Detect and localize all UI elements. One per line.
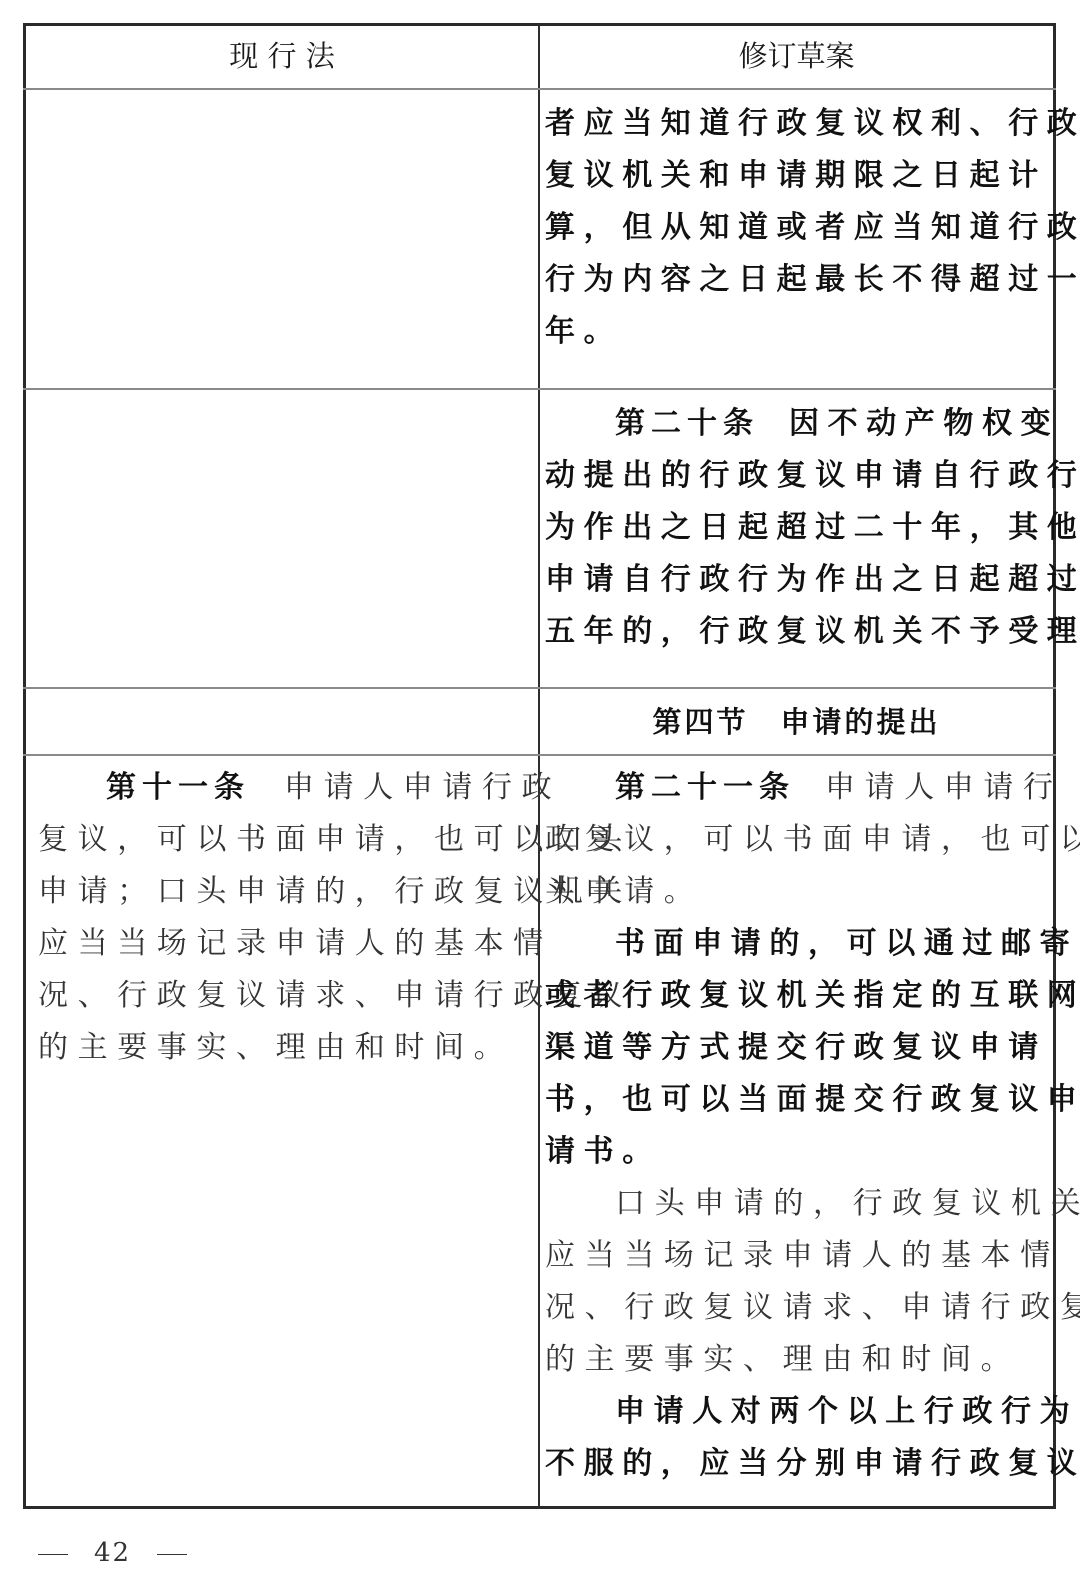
text-line: 头申请。	[545, 872, 703, 912]
dash-right	[157, 1554, 187, 1555]
text-line: 或者行政复议机关指定的互联网	[545, 976, 1080, 1016]
draft-row2-cell: 第二十条因不动产物权变 动提出的行政复议申请自行政行 为作出之日起超过二十年，其…	[545, 390, 1050, 687]
current-law-row4-cell: 第十一条申请人申请行政 复议，可以书面申请，也可以口头 申请；口头申请的，行政复…	[38, 756, 538, 1506]
draft-row1-cell: 者应当知道行政复议权利、行政 复议机关和申请期限之日起计 算，但从知道或者应当知…	[545, 90, 1050, 388]
text-line: 申请自行政行为作出之日起超过	[545, 560, 1080, 600]
text-line: 五年的，行政复议机关不予受理。	[545, 612, 1080, 652]
text-line: 况、行政复议请求、申请行政复议	[545, 1288, 1080, 1328]
text-line: 不服的，应当分别申请行政复议。	[545, 1444, 1080, 1484]
text-line: 行为内容之日起最长不得超过一	[545, 260, 1080, 300]
text-line: 为作出之日起超过二十年，其他	[545, 508, 1080, 548]
text-line: 年。	[545, 312, 622, 352]
article-line: 第二十条因不动产物权变	[615, 404, 1059, 444]
page-number-footer: 42	[38, 1538, 187, 1568]
page-number: 42	[94, 1538, 131, 1568]
text-line: 政复议，可以书面申请，也可以口	[545, 820, 1080, 860]
text-line: 书面申请的，可以通过邮寄	[615, 924, 1078, 964]
article-number: 第十一条	[106, 770, 250, 805]
text-line: 况、行政复议请求、申请行政复议	[38, 976, 632, 1016]
text-line: 者应当知道行政复议权利、行政	[545, 104, 1080, 144]
header-current-law: 现 行 法	[26, 23, 538, 89]
article-line: 第二十一条申请人申请行	[615, 768, 1063, 808]
header-draft: 修订草案	[540, 23, 1053, 89]
dash-left	[38, 1554, 68, 1555]
article-number: 第二十条	[615, 406, 759, 441]
article-text: 因不动产物权变	[789, 406, 1059, 441]
text-line: 请书。	[545, 1132, 661, 1172]
article-text: 申请人申请行政	[284, 770, 561, 805]
text-line: 的主要事实、理由和时间。	[545, 1340, 1020, 1380]
draft-row4-cell: 第二十一条申请人申请行 政复议，可以书面申请，也可以口 头申请。 书面申请的，可…	[545, 756, 1050, 1506]
text-line: 的主要事实、理由和时间。	[38, 1028, 513, 1068]
text-line: 应当当场记录申请人的基本情	[38, 924, 553, 964]
text-line: 复议机关和申请期限之日起计	[545, 156, 1047, 196]
text-line: 申请人对两个以上行政行为	[615, 1392, 1078, 1432]
section-heading: 第四节 申请的提出	[540, 702, 1053, 742]
text-line: 应当当场记录申请人的基本情	[545, 1236, 1060, 1276]
draft-section-cell: 第四节 申请的提出	[540, 689, 1053, 754]
text-line: 申请；口头申请的，行政复议机关	[38, 872, 632, 912]
article-text: 申请人申请行	[825, 770, 1063, 805]
article-line: 第十一条申请人申请行政	[106, 768, 561, 808]
text-line: 复议，可以书面申请，也可以口头	[38, 820, 632, 860]
text-line: 书，也可以当面提交行政复议申	[545, 1080, 1080, 1120]
text-line: 渠道等方式提交行政复议申请	[545, 1028, 1047, 1068]
text-line: 动提出的行政复议申请自行政行	[545, 456, 1080, 496]
article-number: 第二十一条	[615, 770, 795, 805]
column-divider	[538, 23, 540, 1509]
text-line: 算，但从知道或者应当知道行政	[545, 208, 1080, 248]
text-line: 口头申请的，行政复议机关	[615, 1184, 1080, 1224]
